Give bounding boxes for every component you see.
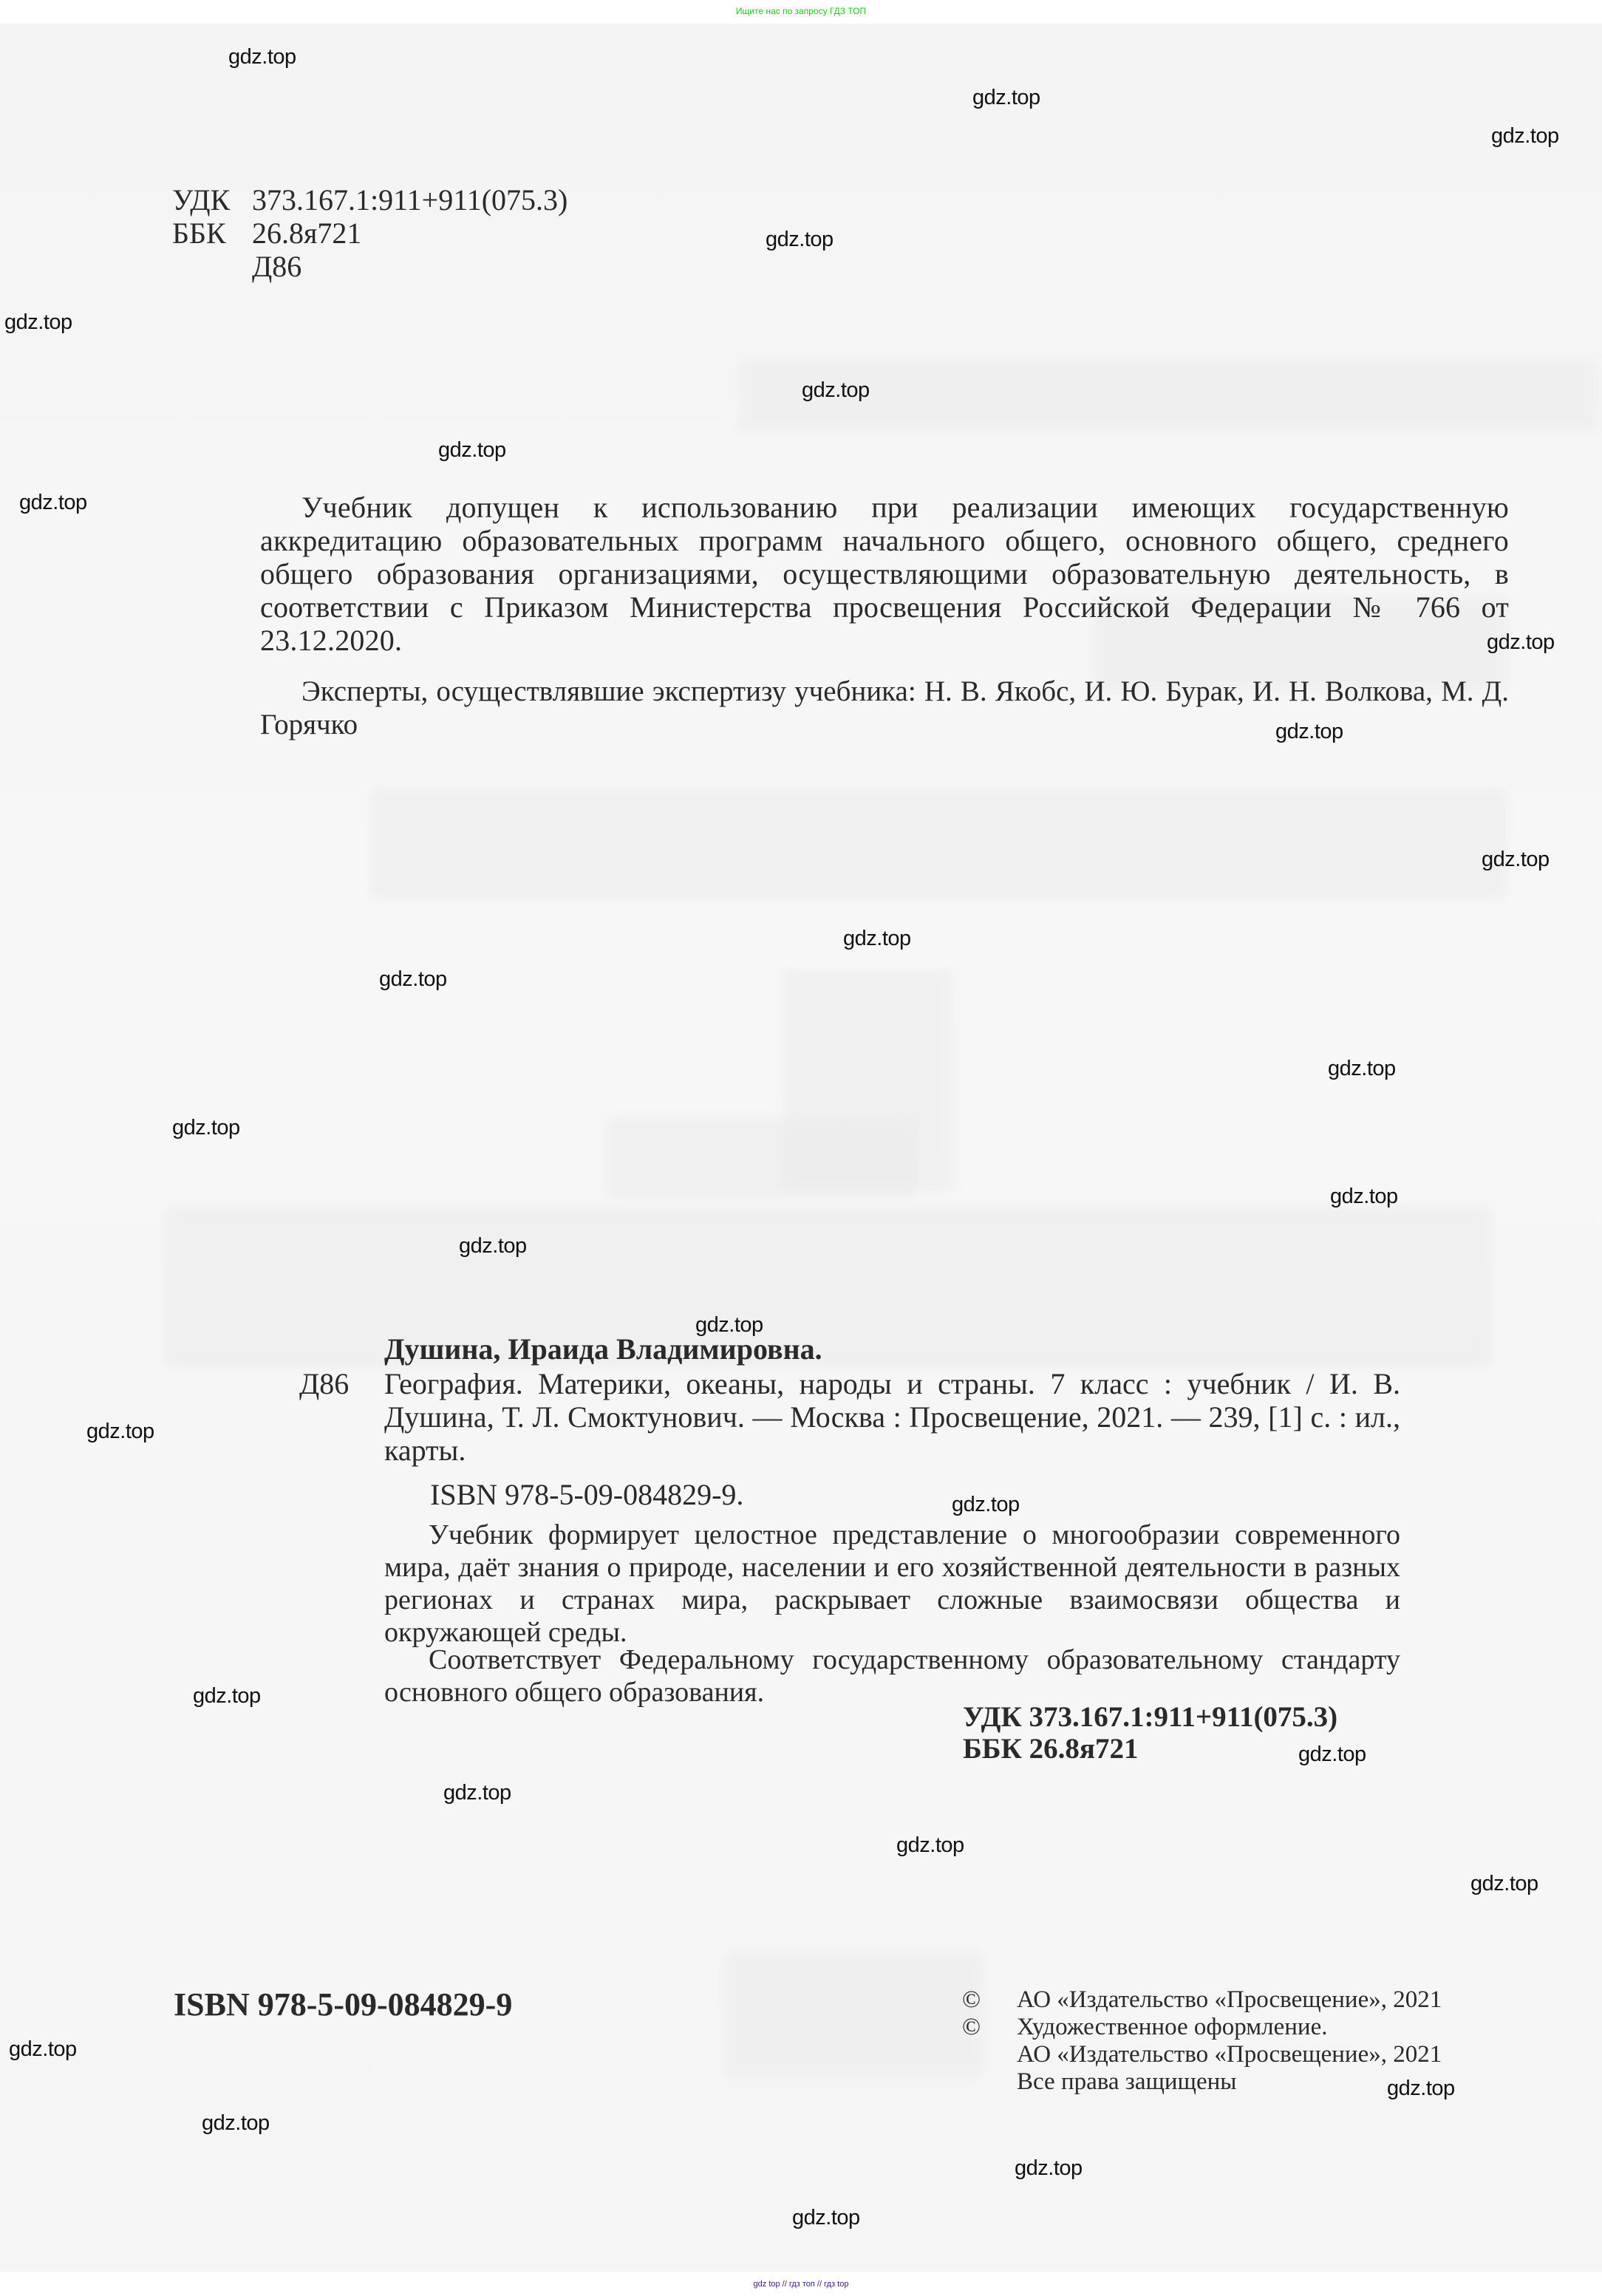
udk-bottom: УДК 373.167.1:911+911(075.3): [963, 1701, 1337, 1733]
watermark: gdz.top: [1015, 2156, 1083, 2181]
watermark: gdz.top: [443, 1781, 511, 1805]
watermark: gdz.top: [1470, 1872, 1538, 1896]
author-mark: Д86: [172, 250, 567, 283]
copyright-block: ©АО «Издательство «Просвещение», 2021 ©Х…: [962, 1986, 1442, 2096]
copyright-line-1: АО «Издательство «Просвещение», 2021: [1017, 1986, 1442, 2014]
watermark: gdz.top: [1387, 2077, 1455, 2101]
watermark: gdz.top: [459, 1234, 527, 1258]
watermark: gdz.top: [202, 2111, 270, 2136]
watermark: gdz.top: [172, 1116, 240, 1140]
watermark: gdz.top: [1328, 1057, 1396, 1081]
copyright-line-2: Художественное оформление.: [1017, 2014, 1327, 2041]
watermark: gdz.top: [4, 310, 72, 335]
watermark: gdz.top: [228, 45, 296, 69]
watermark: gdz.top: [86, 1420, 154, 1444]
watermark: gdz.top: [438, 438, 506, 463]
standard-paragraph: Соответствует Федеральному государственн…: [384, 1643, 1400, 1709]
bbk-value: 26.8я721: [252, 217, 361, 250]
bleed-through-illustration: [163, 1206, 1493, 1369]
udk-value: 373.167.1:911+911(075.3): [252, 183, 567, 217]
author-code: Д86: [299, 1367, 349, 1400]
top-banner-text: Ищите нас по запросу ГДЗ ТОП: [736, 6, 866, 16]
watermark: gdz.top: [1298, 1743, 1366, 1767]
watermark: gdz.top: [1330, 1185, 1398, 1209]
bbk-label: ББК: [172, 217, 252, 250]
watermark: gdz.top: [896, 1833, 964, 1858]
copyright-line-3: АО «Издательство «Просвещение», 2021: [1017, 2041, 1442, 2068]
watermark: gdz.top: [19, 491, 87, 515]
isbn-inline: ISBN 978-5-09-084829-9.: [430, 1478, 743, 1511]
watermark: gdz.top: [695, 1313, 763, 1338]
watermark: gdz.top: [1491, 124, 1559, 149]
bleed-through-subtitle: [369, 788, 1507, 899]
watermark: gdz.top: [379, 967, 447, 992]
watermark: gdz.top: [1482, 848, 1550, 872]
bleed-through-grade: [606, 1117, 916, 1199]
top-banner: Ищите нас по запросу ГДЗ ТОП: [0, 0, 1602, 24]
watermark: gdz.top: [843, 927, 911, 951]
watermark: gdz.top: [792, 2206, 860, 2230]
bbk-bottom: ББК 26.8я721: [963, 1733, 1337, 1765]
annotation-paragraph: Учебник формирует целостное представлени…: [384, 1519, 1400, 1649]
copyright-icon: ©: [962, 1986, 1017, 2014]
watermark: gdz.top: [972, 86, 1040, 110]
copyright-icon: ©: [962, 2014, 1017, 2041]
bottom-banner-text: gdz top // гдз топ // гдз top: [754, 2280, 849, 2289]
copyright-line-4: Все права защищены: [1017, 2068, 1236, 2096]
classification-codes-bottom: УДК 373.167.1:911+911(075.3) ББК 26.8я72…: [963, 1701, 1337, 1765]
udk-label: УДК: [172, 183, 252, 217]
bibliographic-description: География. Материки, океаны, народы и ст…: [384, 1367, 1400, 1467]
watermark: gdz.top: [193, 1684, 261, 1709]
watermark: gdz.top: [802, 378, 870, 403]
bleed-through-imprint: [724, 1952, 983, 2078]
watermark: gdz.top: [766, 228, 834, 252]
watermark: gdz.top: [1487, 630, 1555, 655]
watermark: gdz.top: [1275, 720, 1343, 744]
approval-paragraph: Учебник допущен к использованию при реал…: [260, 491, 1509, 657]
watermark: gdz.top: [9, 2037, 77, 2062]
watermark: gdz.top: [952, 1493, 1020, 1517]
classification-codes: УДК373.167.1:911+911(075.3) ББК26.8я721 …: [172, 183, 567, 283]
isbn-footer: ISBN 978-5-09-084829-9: [174, 1988, 512, 2021]
bottom-banner: gdz top // гдз топ // гдз top: [0, 2272, 1602, 2296]
scanned-page: [0, 24, 1602, 2272]
